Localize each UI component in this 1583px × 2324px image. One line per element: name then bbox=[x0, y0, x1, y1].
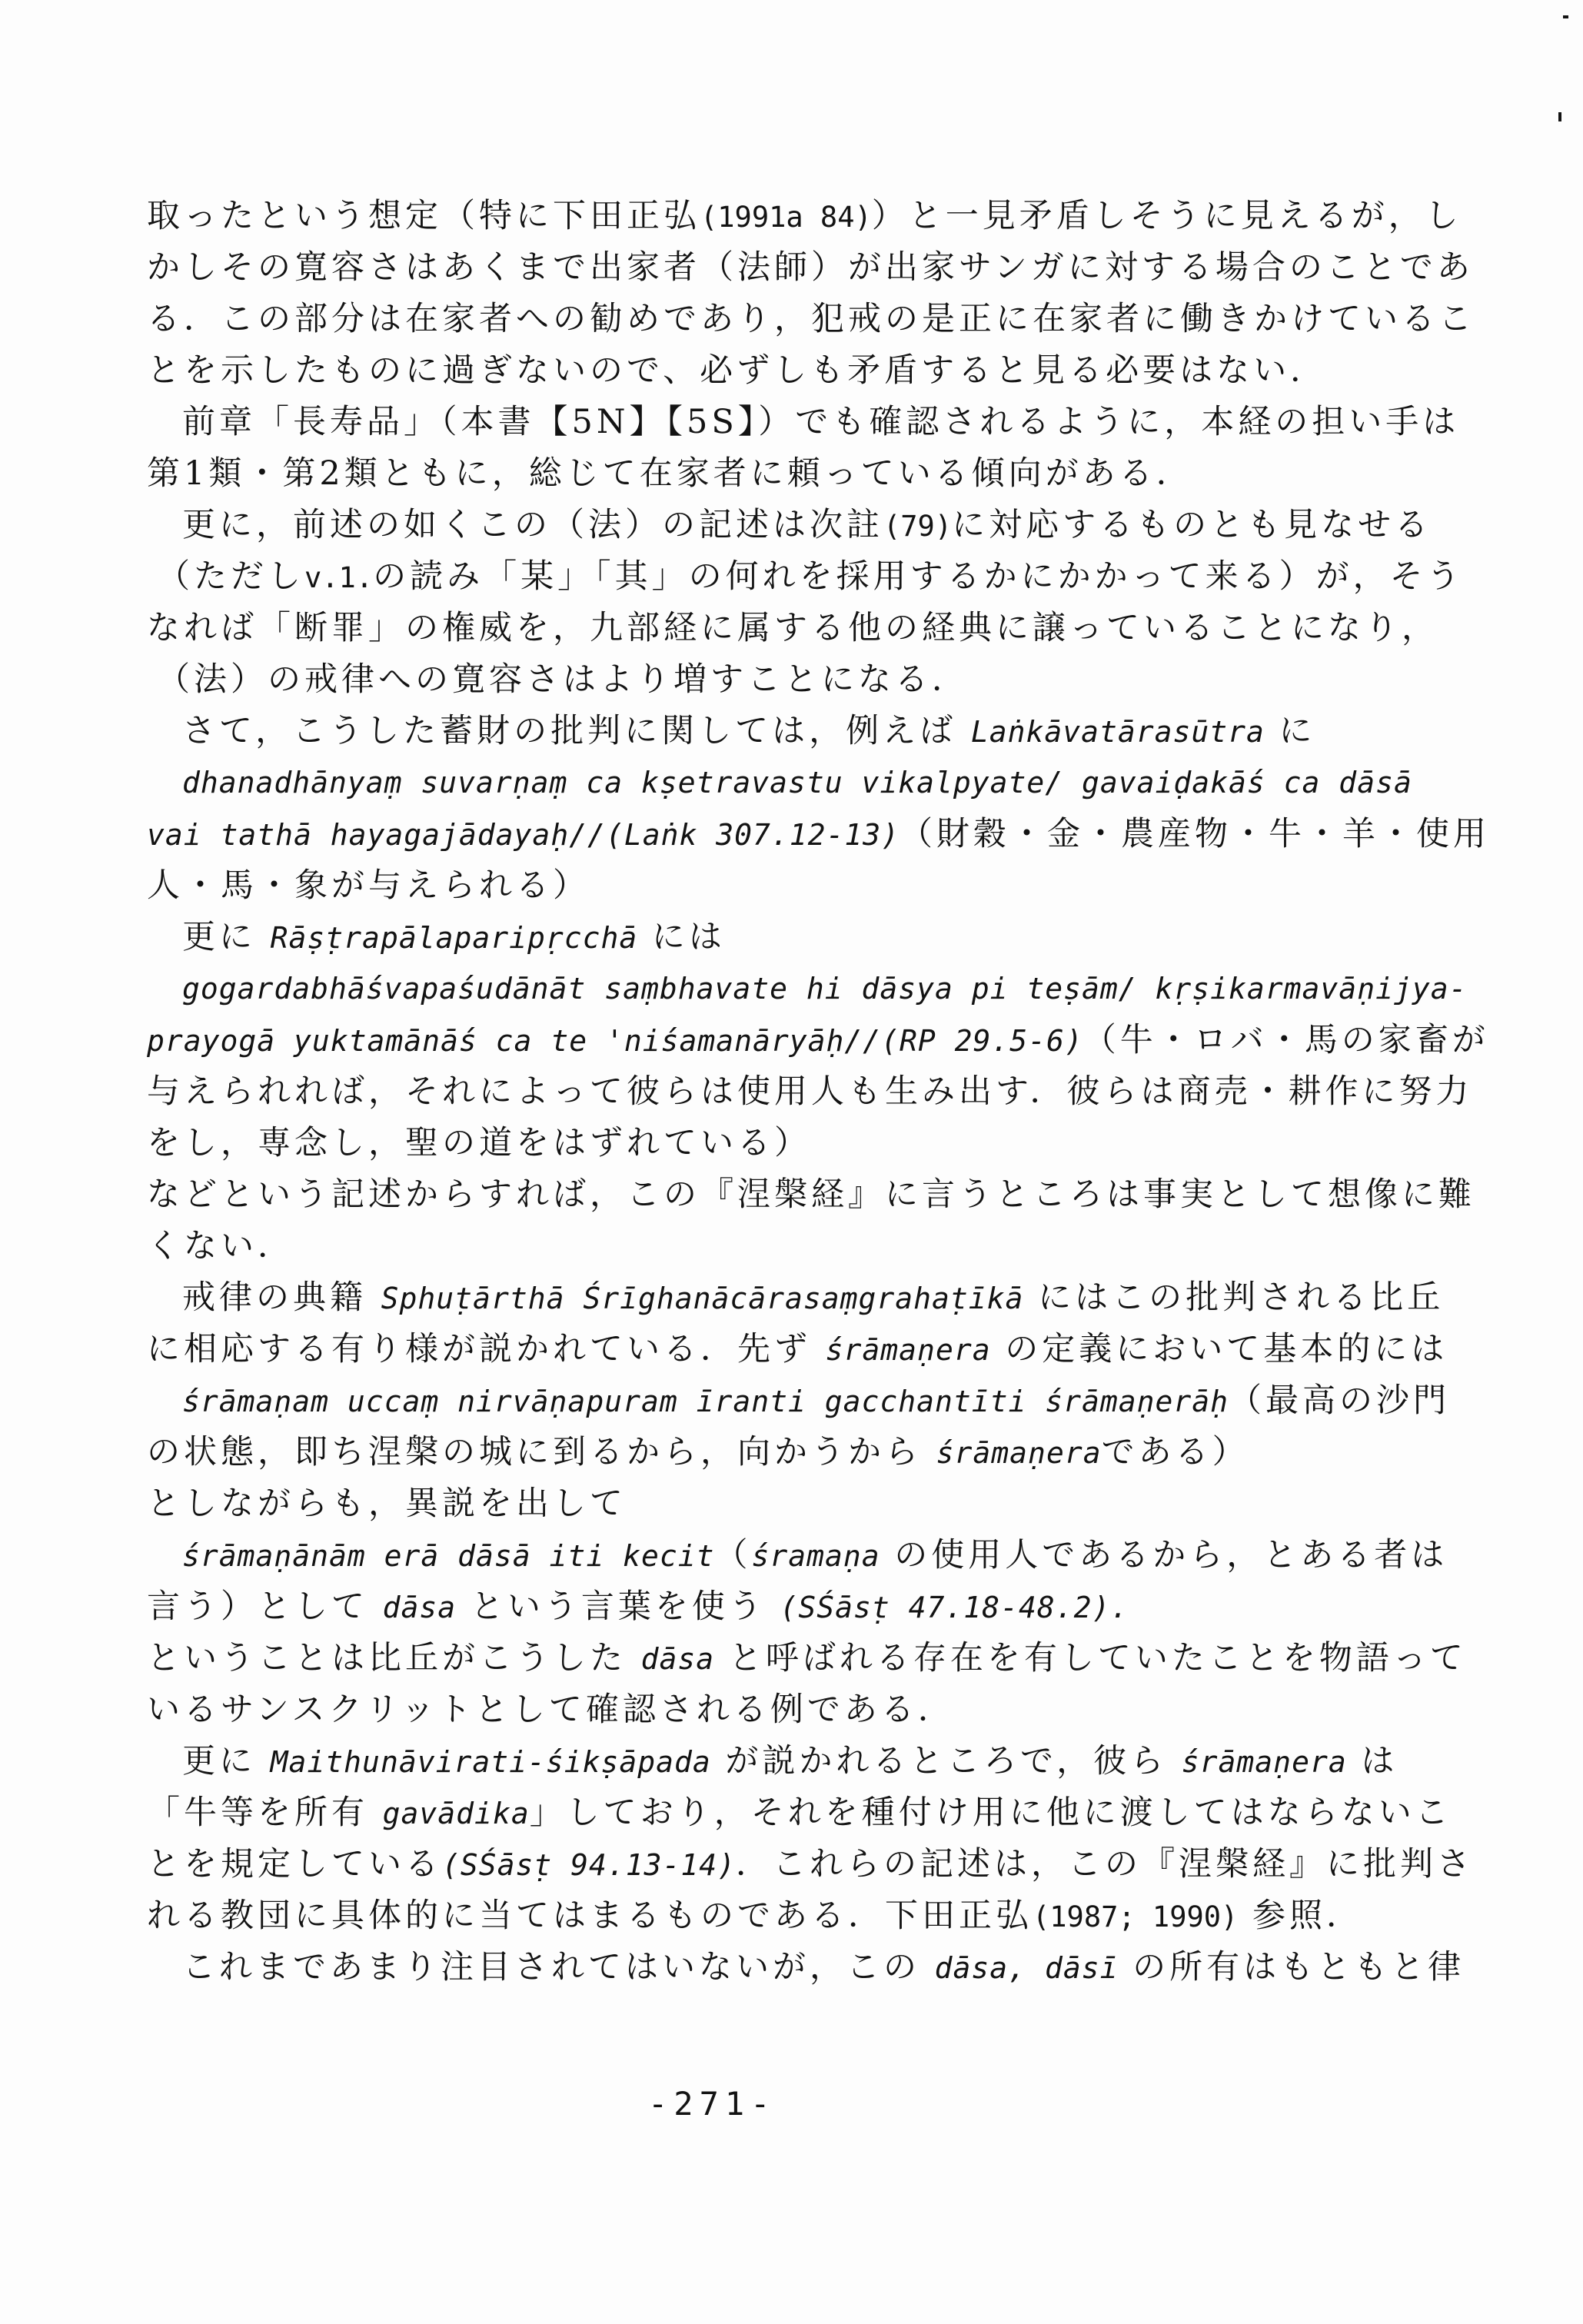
text-run-jp: にはこの批判される比丘 bbox=[1023, 1278, 1444, 1317]
text-run-skt: Maithunāvirati-śikṣāpada bbox=[271, 1745, 711, 1779]
text-run-jp: （ bbox=[714, 1536, 751, 1574]
text-run-jp: などという記述からすれば，この『涅槃経』に言うところは事実として想像に難 bbox=[147, 1175, 1475, 1214]
text-run-jp: 更に，前述の如くこの（法）の記述は次註 bbox=[182, 506, 883, 544]
text-run-jp: れる教団に具体的に当てはまるものである．下田正弘 bbox=[147, 1897, 1033, 1935]
text-line: れる教団に具体的に当てはまるものである．下田正弘(1987; 1990) 参照． bbox=[147, 1890, 1469, 1942]
scanned-page: 取ったという想定（特に下田正弘(1991a 84)）と一見矛盾しそうに見えるが，… bbox=[0, 0, 1583, 2324]
text-run-skt: Sphuṭārthā Śrīghanācārasaṃgrahaṭīkā bbox=[381, 1282, 1024, 1315]
text-run-jp: いるサンスクリットとして確認される例である． bbox=[147, 1691, 955, 1729]
text-run-jp: （財穀・金・農産物・牛・羊・使用 bbox=[900, 815, 1490, 853]
text-run-jp: 」しており，それを種付け用に他に渡してはならないこ bbox=[530, 1794, 1452, 1832]
text-run-skt: gavādika bbox=[383, 1797, 530, 1830]
text-run-jp: ）と一見矛盾しそうに見えるが，し bbox=[872, 197, 1462, 235]
text-line: 取ったという想定（特に下田正弘(1991a 84)）と一見矛盾しそうに見えるが，… bbox=[147, 191, 1469, 242]
text-run-skt: śrāmaṇera bbox=[826, 1333, 991, 1367]
text-run-jp: の使用人であるから，とある者は bbox=[880, 1536, 1448, 1574]
text-run-jp: は bbox=[1347, 1742, 1398, 1780]
text-line: 「牛等を所有 gavādika」しており，それを種付け用に他に渡してはならないこ bbox=[147, 1787, 1469, 1839]
scan-speck bbox=[1563, 15, 1568, 18]
text-line: 人・馬・象が与えられる） bbox=[147, 860, 1469, 912]
text-line: 更に，前述の如くこの（法）の記述は次註(79)に対応するものとも見なせる bbox=[147, 500, 1469, 551]
text-line: vai tathā hayagajādayaḥ//(Laṅk 307.12-13… bbox=[147, 809, 1469, 860]
text-run-jp: 人・馬・象が与えられる） bbox=[147, 866, 590, 905]
text-run-jp: （法）の戒律への寛容さはより増すことになる． bbox=[157, 660, 969, 699]
text-run-skt: prayogā yuktamānāś ca te 'niśamanāryāḥ//… bbox=[147, 1024, 1083, 1058]
text-lines: 取ったという想定（特に下田正弘(1991a 84)）と一見矛盾しそうに見えるが，… bbox=[147, 191, 1469, 1993]
text-line: 更に Rāṣṭrapālaparipṛcchā には bbox=[147, 912, 1469, 963]
text-run-jp: なれば「断罪」の権威を，九部経に属する他の経典に譲っていることになり， bbox=[147, 609, 1438, 647]
text-run-jp: に相応する有り様が説かれている．先ず bbox=[147, 1330, 826, 1368]
text-run-jp: の所有はもともと律 bbox=[1118, 1948, 1465, 1987]
text-line: とを示したものに過ぎないので、必ずしも矛盾すると見る必要はない． bbox=[147, 345, 1469, 397]
text-run-jp: 更に bbox=[182, 918, 271, 956]
text-run-jp: ということは比丘がこうした bbox=[147, 1639, 641, 1677]
text-run-skt: dāsa, dāsī bbox=[935, 1951, 1119, 1985]
text-run-jp: 前章「長寿品」（本書【5N】【5S】）でも確認されるように，本経の担い手は bbox=[182, 403, 1459, 441]
text-run-jp: （最高の沙門 bbox=[1229, 1381, 1450, 1420]
text-run-jp: さて，こうした蓄財の批判に関しては，例えば bbox=[182, 712, 971, 750]
text-line: 更に Maithunāvirati-śikṣāpada が説かれるところで，彼ら… bbox=[147, 1736, 1469, 1787]
text-run-jp: 与えられれば，それによって彼らは使用人も生み出す．彼らは商売・耕作に努力 bbox=[147, 1072, 1473, 1111]
text-run-skt: vai tathā hayagajādayaḥ//(Laṅk 307.12-13… bbox=[147, 818, 900, 852]
text-run-skt: śrāmaṇānām erā dāsā iti kecit bbox=[182, 1539, 714, 1573]
text-line: としながらも，異説を出して bbox=[147, 1478, 1469, 1530]
text-line: dhanadhānyaṃ suvarṇaṃ ca kṣetravastu vik… bbox=[147, 757, 1469, 809]
text-run-skt: (SŚāsṭ 47.18-48.2). bbox=[780, 1591, 1129, 1624]
text-line: いるサンスクリットとして確認される例である． bbox=[147, 1684, 1469, 1736]
text-run-jp: これまであまり注目されてはいないが，この bbox=[182, 1948, 935, 1987]
text-run-num: (79) bbox=[883, 510, 952, 543]
text-run-skt: gogardabhāśvapaśudānāt saṃbhavate hi dās… bbox=[182, 972, 1467, 1006]
text-line: ということは比丘がこうした dāsa と呼ばれる存在を有していたことを物語って bbox=[147, 1633, 1469, 1684]
text-line: gogardabhāśvapaśudānāt saṃbhavate hi dās… bbox=[147, 963, 1469, 1015]
text-run-jp: である） bbox=[1102, 1433, 1249, 1471]
text-line: かしその寛容さはあくまで出家者（法師）が出家サンガに対する場合のことであ bbox=[147, 242, 1469, 294]
text-run-skt: dāsa bbox=[383, 1591, 457, 1624]
text-run-skt: Laṅkāvatārasūtra bbox=[971, 715, 1265, 749]
text-run-skt: (SŚāsṭ 94.13-14) bbox=[442, 1848, 736, 1882]
text-run-skt: dāsa bbox=[641, 1642, 715, 1676]
text-line: 言う）として dāsa という言葉を使う (SŚāsṭ 47.18-48.2). bbox=[147, 1581, 1469, 1633]
text-run-num: v.1. bbox=[304, 561, 373, 594]
text-line: くない． bbox=[147, 1221, 1469, 1272]
text-line: prayogā yuktamānāś ca te 'niśamanāryāḥ//… bbox=[147, 1015, 1469, 1066]
text-run-skt: Rāṣṭrapālaparipṛcchā bbox=[271, 921, 638, 955]
text-line: 戒律の典籍 Sphuṭārthā Śrīghanācārasaṃgrahaṭīk… bbox=[147, 1272, 1469, 1324]
text-line: をし，専念し，聖の道をはずれている） bbox=[147, 1118, 1469, 1169]
text-line: śrāmaṇam uccaṃ nirvāṇapuram īranti gacch… bbox=[147, 1375, 1469, 1427]
text-run-skt: dhanadhānyaṃ suvarṇaṃ ca kṣetravastu vik… bbox=[182, 766, 1412, 800]
text-run-jp: 戒律の典籍 bbox=[182, 1278, 381, 1317]
text-line: とを規定している(SŚāsṭ 94.13-14)．これらの記述は，この『涅槃経』… bbox=[147, 1839, 1469, 1890]
text-run-jp: る．この部分は在家者への勧めであり，犯戒の是正に在家者に働きかけているこ bbox=[147, 300, 1475, 338]
text-run-jp: の読み「某」「其」の何れを採用するかにかかって来る）が，そう bbox=[373, 557, 1464, 596]
text-run-jp: という言葉を使う bbox=[456, 1588, 780, 1626]
text-run-jp: ．これらの記述は，この『涅槃経』に批判さ bbox=[736, 1845, 1474, 1883]
scan-speck bbox=[1558, 112, 1561, 121]
text-run-jp: かしその寛容さはあくまで出家者（法師）が出家サンガに対する場合のことであ bbox=[147, 248, 1474, 287]
text-run-skt: śrāmaṇam uccaṃ nirvāṇapuram īranti gacch… bbox=[182, 1385, 1229, 1418]
text-run-jp: 言う）として bbox=[147, 1588, 383, 1626]
text-run-jp: （ただし bbox=[157, 557, 304, 596]
text-run-jp: とを示したものに過ぎないので、必ずしも矛盾すると見る必要はない． bbox=[147, 351, 1327, 390]
text-line: 第1類・第2類ともに，総じて在家者に頼っている傾向がある． bbox=[147, 448, 1469, 500]
text-line: なれば「断罪」の権威を，九部経に属する他の経典に譲っていることになり， bbox=[147, 603, 1469, 654]
text-line: に相応する有り様が説かれている．先ず śrāmaṇera の定義において基本的に… bbox=[147, 1324, 1469, 1375]
text-run-num: (1991a 84) bbox=[700, 201, 872, 234]
text-line: の状態，即ち涅槃の城に到るから，向かうから śrāmaṇeraである） bbox=[147, 1427, 1469, 1478]
text-run-jp: と呼ばれる存在を有していたことを物語って bbox=[714, 1639, 1467, 1677]
text-run-jp: （牛・ロバ・馬の家畜が bbox=[1083, 1021, 1489, 1059]
text-line: （法）の戒律への寛容さはより増すことになる． bbox=[147, 654, 1469, 706]
text-run-skt: śrāmaṇera bbox=[936, 1436, 1102, 1470]
text-run-jp: をし，専念し，聖の道をはずれている） bbox=[147, 1124, 811, 1162]
text-run-jp: に対応するものとも見なせる bbox=[952, 506, 1432, 544]
text-line: などという記述からすれば，この『涅槃経』に言うところは事実として想像に難 bbox=[147, 1169, 1469, 1221]
text-line: （ただしv.1.の読み「某」「其」の何れを採用するかにかかって来る）が，そう bbox=[147, 551, 1469, 603]
text-run-jp: としながらも，異説を出して bbox=[147, 1485, 627, 1523]
text-run-jp: に bbox=[1265, 712, 1316, 750]
text-run-skt: śramaṇa bbox=[751, 1539, 880, 1573]
text-run-skt: śrāmaṇera bbox=[1182, 1745, 1347, 1779]
text-run-num: (1987; 1990) bbox=[1033, 1900, 1238, 1933]
text-line: さて，こうした蓄財の批判に関しては，例えば Laṅkāvatārasūtra に bbox=[147, 706, 1469, 757]
text-run-jp: 取ったという想定（特に下田正弘 bbox=[147, 197, 700, 235]
text-run-jp: くない． bbox=[147, 1227, 294, 1265]
text-run-jp: には bbox=[637, 918, 726, 956]
text-run-jp: とを規定している bbox=[147, 1845, 442, 1883]
text-line: 前章「長寿品」（本書【5N】【5S】）でも確認されるように，本経の担い手は bbox=[147, 397, 1469, 448]
text-line: 与えられれば，それによって彼らは使用人も生み出す．彼らは商売・耕作に努力 bbox=[147, 1066, 1469, 1118]
text-line: る．この部分は在家者への勧めであり，犯戒の是正に在家者に働きかけているこ bbox=[147, 294, 1469, 345]
text-run-jp: が説かれるところで，彼ら bbox=[711, 1742, 1182, 1780]
text-line: これまであまり注目されてはいないが，この dāsa, dāsī の所有はもともと… bbox=[147, 1942, 1469, 1993]
text-run-jp: の状態，即ち涅槃の城に到るから，向かうから bbox=[147, 1433, 936, 1471]
text-run-jp: 参照． bbox=[1238, 1897, 1363, 1935]
text-run-jp: の定義において基本的には bbox=[991, 1330, 1448, 1368]
text-line: śrāmaṇānām erā dāsā iti kecit（śramaṇa の使… bbox=[147, 1530, 1469, 1581]
text-run-jp: 「牛等を所有 bbox=[147, 1794, 383, 1832]
text-run-jp: 更に bbox=[182, 1742, 271, 1780]
text-run-jp: 第1類・第2類ともに，総じて在家者に頼っている傾向がある． bbox=[147, 454, 1193, 493]
page-number: -271- bbox=[648, 2085, 776, 2123]
